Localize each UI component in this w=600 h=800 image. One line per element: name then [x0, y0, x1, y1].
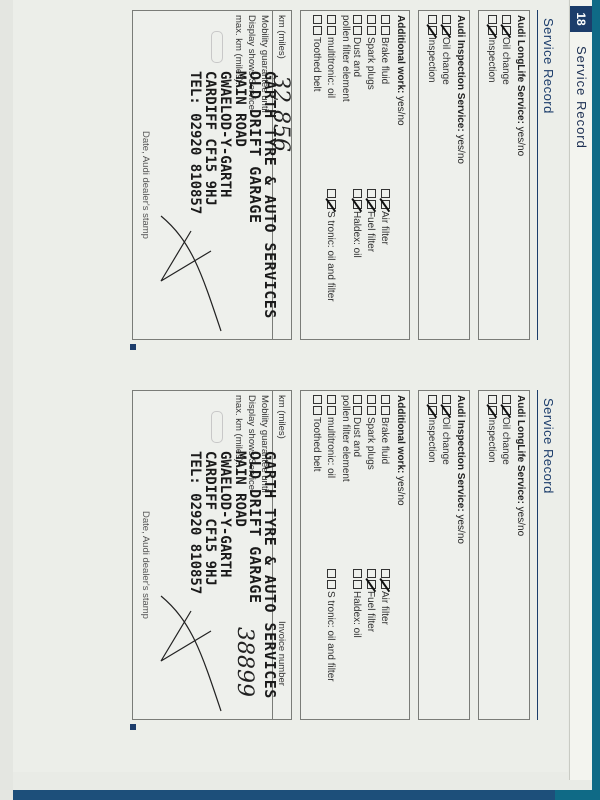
checkbox-yes[interactable] [367, 200, 376, 209]
inspection-heading: Audi Inspection Service: yes/no [455, 395, 466, 544]
longlife-item: Inspection [486, 395, 497, 463]
km-label: km (miles) [276, 395, 287, 439]
longlife-service-box: Audi LongLife Service: yes/no Oil change… [478, 10, 530, 340]
additional-item: S tronic: oil and filter [325, 189, 336, 302]
longlife-item: Oil change [500, 15, 511, 85]
additional-item: Dust andpollen filter element [340, 395, 362, 482]
additional-item: Spark plugs [365, 15, 376, 90]
additional-heading: Additional work: yes/no [395, 15, 406, 126]
longlife-heading: Audi LongLife Service: yes/no [515, 15, 526, 156]
checkbox-yes[interactable] [381, 26, 390, 35]
service-record-2: Service Record Audi LongLife Service: ye… [48, 390, 568, 725]
page-marker [130, 344, 136, 350]
inspection-service-box: Audi Inspection Service: yes/no Oil chan… [418, 390, 470, 720]
checkbox-yes[interactable] [381, 406, 390, 415]
additional-item: Brake fluid [379, 15, 390, 84]
checkbox-no[interactable] [327, 189, 336, 198]
checkbox-yes[interactable] [381, 200, 390, 209]
audi-rings-logo [211, 31, 223, 63]
checkbox-yes[interactable] [327, 580, 336, 589]
checkbox-yes[interactable] [313, 406, 322, 415]
inspection-heading: Audi Inspection Service: yes/no [455, 15, 466, 164]
checkbox-no[interactable] [381, 15, 390, 24]
checkbox-yes[interactable] [502, 26, 511, 35]
record-title: Service Record [541, 18, 556, 114]
checkbox-yes[interactable] [367, 580, 376, 589]
checkbox-no[interactable] [502, 395, 511, 404]
inspection-item: Oil change [440, 395, 451, 465]
checkbox-no[interactable] [381, 569, 390, 578]
km-value: 32 856 [268, 75, 293, 152]
km-label: km (miles) [276, 15, 287, 59]
stamp-label: Date, Audi dealer's stamp [140, 131, 151, 239]
inspection-item: Inspection [426, 395, 437, 463]
longlife-item: Oil change [500, 395, 511, 465]
checkbox-no[interactable] [381, 395, 390, 404]
checkbox-no[interactable] [367, 569, 376, 578]
additional-item: Air filter [379, 569, 390, 625]
additional-item: Haldex: oil [351, 189, 362, 258]
page-edge [0, 0, 13, 800]
invoice-value: 38899 [232, 627, 257, 697]
page-tab-strip: 18 Service Record [569, 0, 592, 780]
checkbox-yes[interactable] [367, 26, 376, 35]
checkbox-yes[interactable] [488, 406, 497, 415]
checkbox-yes[interactable] [502, 406, 511, 415]
checkbox-yes[interactable] [353, 406, 362, 415]
checkbox-no[interactable] [502, 15, 511, 24]
longlife-heading: Audi LongLife Service: yes/no [515, 395, 526, 536]
audi-rings-logo [211, 411, 223, 443]
checkbox-yes[interactable] [442, 26, 451, 35]
checkbox-yes[interactable] [353, 580, 362, 589]
checkbox-no[interactable] [442, 395, 451, 404]
additional-item: S tronic: oil and filter [325, 569, 336, 682]
checkbox-no[interactable] [488, 395, 497, 404]
inspection-item: Oil change [440, 15, 451, 85]
checkbox-no[interactable] [367, 395, 376, 404]
checkbox-yes[interactable] [313, 26, 322, 35]
longlife-service-box: Audi LongLife Service: yes/no Oil change… [478, 390, 530, 720]
inspection-item: Inspection [426, 15, 437, 83]
additional-item: Air filter [379, 189, 390, 245]
record-title: Service Record [541, 398, 556, 494]
additional-item: Haldex: oil [351, 569, 362, 638]
checkbox-no[interactable] [353, 395, 362, 404]
checkbox-yes[interactable] [442, 406, 451, 415]
checkbox-yes[interactable] [327, 406, 336, 415]
additional-work-box: Additional work: yes/no Brake fluid Spar… [300, 390, 410, 720]
booklet: 18 Service Record Service Record Audi Lo… [0, 0, 600, 800]
signature [151, 211, 231, 341]
checkbox-yes[interactable] [327, 200, 336, 209]
checkbox-yes[interactable] [367, 406, 376, 415]
checkbox-no[interactable] [313, 395, 322, 404]
additional-item: multitronic: oil [325, 15, 336, 98]
additional-item: Fuel filter [365, 189, 376, 252]
checkbox-no[interactable] [442, 15, 451, 24]
service-record-1: Service Record Audi LongLife Service: ye… [48, 10, 568, 345]
checkbox-no[interactable] [488, 15, 497, 24]
checkbox-no[interactable] [327, 569, 336, 578]
additional-item: Spark plugs [365, 395, 376, 470]
checkbox-yes[interactable] [353, 200, 362, 209]
checkbox-no[interactable] [367, 189, 376, 198]
checkbox-yes[interactable] [428, 26, 437, 35]
checkbox-no[interactable] [327, 395, 336, 404]
dealer-stamp-box: km (miles) Mobility guarantee until Disp… [132, 390, 292, 720]
additional-item: multitronic: oil [325, 395, 336, 478]
additional-item: Fuel filter [365, 569, 376, 632]
inspection-service-box: Audi Inspection Service: yes/no Oil chan… [418, 10, 470, 340]
service-record-page: Service Record Audi LongLife Service: ye… [13, 0, 568, 772]
stamp-label: Date, Audi dealer's stamp [140, 511, 151, 619]
additional-heading: Additional work: yes/no [395, 395, 406, 506]
checkbox-no[interactable] [428, 395, 437, 404]
additional-item: Dust andpollen filter element [340, 15, 362, 102]
checkbox-yes[interactable] [381, 580, 390, 589]
additional-item: Toothed belt [311, 15, 322, 92]
page-marker [130, 724, 136, 730]
checkbox-yes[interactable] [488, 26, 497, 35]
dealer-stamp-box: km (miles) Mobility guarantee until Disp… [132, 10, 292, 340]
checkbox-no[interactable] [353, 189, 362, 198]
checkbox-no[interactable] [381, 189, 390, 198]
checkbox-no[interactable] [327, 15, 336, 24]
title-rule [537, 10, 538, 340]
additional-item: Brake fluid [379, 395, 390, 464]
tab-title: Service Record [574, 46, 589, 149]
longlife-item: Inspection [486, 15, 497, 83]
checkbox-no[interactable] [313, 15, 322, 24]
page-number: 18 [570, 6, 592, 32]
signature [151, 591, 231, 721]
checkbox-no[interactable] [428, 15, 437, 24]
checkbox-yes[interactable] [428, 406, 437, 415]
checkbox-no[interactable] [353, 569, 362, 578]
checkbox-no[interactable] [353, 15, 362, 24]
checkbox-no[interactable] [367, 15, 376, 24]
additional-item: Toothed belt [311, 395, 322, 472]
title-rule [537, 390, 538, 720]
checkbox-yes[interactable] [327, 26, 336, 35]
additional-work-box: Additional work: yes/no Brake fluid Spar… [300, 10, 410, 340]
invoice-label: Invoice number [276, 621, 287, 686]
checkbox-yes[interactable] [353, 26, 362, 35]
